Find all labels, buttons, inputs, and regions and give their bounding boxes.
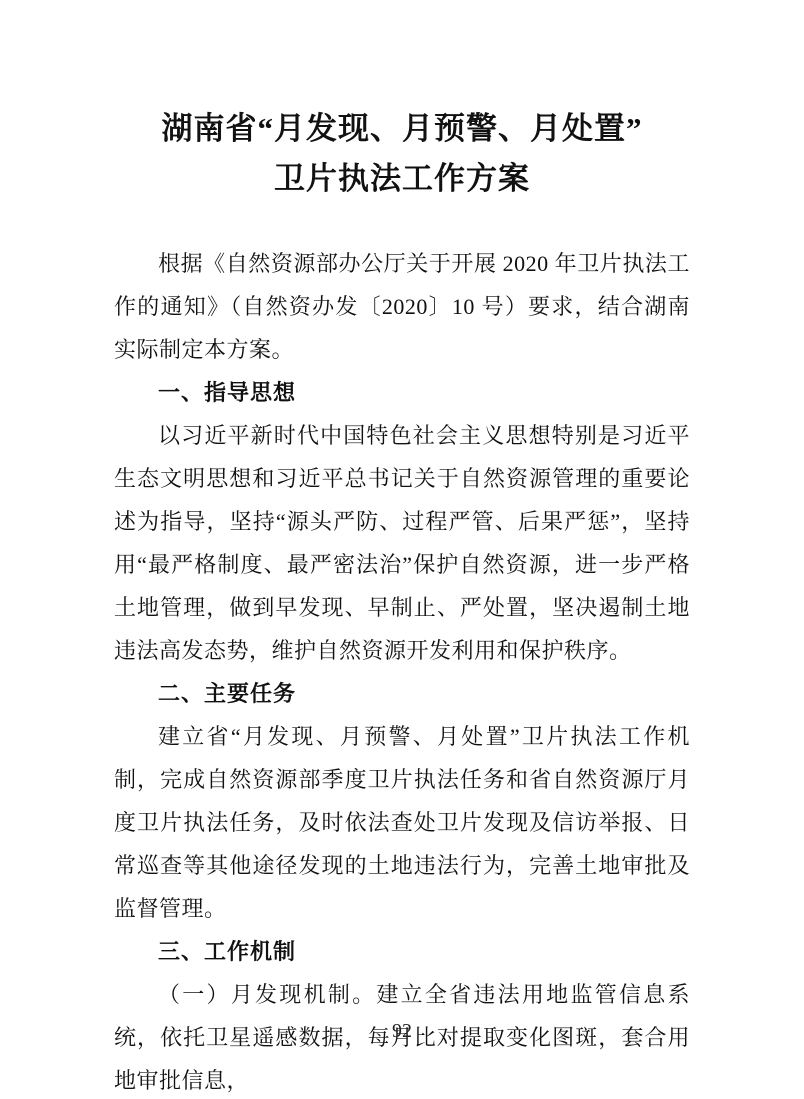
- heading-work-mechanism: 三、工作机制: [114, 930, 690, 973]
- document-content: 湖南省“月发现、月预警、月处置” 卫片执法工作方案 根据《自然资源部办公厅关于开…: [114, 104, 690, 1099]
- paragraph-main-tasks: 建立省“月发现、月预警、月处置”卫片执法工作机制，完成自然资源部季度卫片执法任务…: [114, 715, 690, 930]
- document-title: 湖南省“月发现、月预警、月处置” 卫片执法工作方案: [114, 104, 690, 204]
- paragraph-guiding-ideology: 以习近平新时代中国特色社会主义思想特别是习近平生态文明思想和习近平总书记关于自然…: [114, 414, 690, 672]
- page-number: 92: [0, 1016, 804, 1046]
- heading-main-tasks: 二、主要任务: [114, 672, 690, 715]
- title-line-1: 湖南省“月发现、月预警、月处置”: [114, 104, 690, 154]
- heading-guiding-ideology: 一、指导思想: [114, 371, 690, 414]
- title-line-2: 卫片执法工作方案: [114, 154, 690, 204]
- document-page: 湖南省“月发现、月预警、月处置” 卫片执法工作方案 根据《自然资源部办公厅关于开…: [0, 0, 804, 1099]
- paragraph-basis: 根据《自然资源部办公厅关于开展 2020 年卫片执法工作的通知》（自然资办发〔2…: [114, 242, 690, 371]
